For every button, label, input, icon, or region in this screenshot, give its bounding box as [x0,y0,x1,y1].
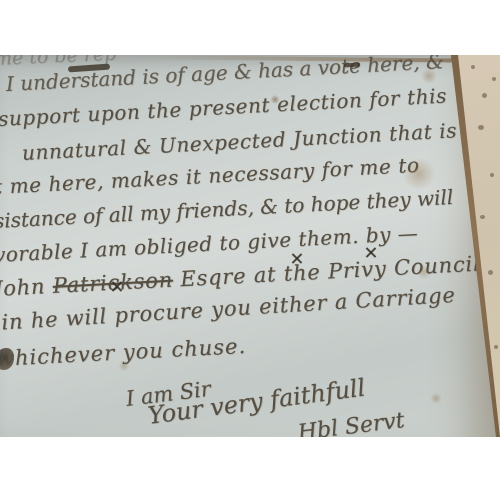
letter-line-8-before: John [0,274,53,301]
letter-photograph: me to be rep I understand is of age & ha… [0,55,500,437]
bottom-white-margin [0,437,500,500]
foxing-speckle [478,125,484,130]
foxing-speckle [480,215,485,219]
foxing-speckle [492,77,496,81]
letter-closing-servant-fragment: Hbl Servt [296,408,405,437]
screenshot-root: me to be rep I understand is of age & ha… [0,0,500,500]
cross-out-mark [364,246,377,259]
stain [430,393,442,404]
foxing-speckle [471,65,475,69]
letter-line-10: whichever you chuse. [0,334,247,371]
cross-out-mark [290,252,303,265]
foxing-speckle [482,93,487,98]
foxing-speckle [488,270,493,275]
foxing-speckle [490,173,494,177]
foxing-speckle [494,345,498,349]
cross-out-mark [110,280,123,293]
top-white-margin [0,0,500,55]
